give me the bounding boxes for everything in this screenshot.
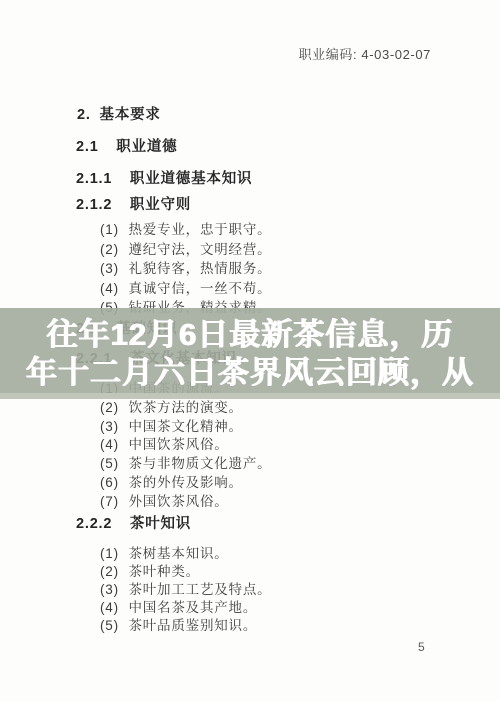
rules-list: (1) 热爱专业，忠于职守。 (2) 遵纪守法，文明经营。 (3) 礼貌待客，热… [100, 220, 271, 318]
document-page: 职业编码: 4-03-02-07 2. 基本要求 2.1 职业道德 2.1.1 … [0, 0, 500, 701]
job-code-label: 职业编码: 4-03-02-07 [0, 44, 431, 63]
list-item: (5) 茶与非物质文化遗产。 [100, 455, 271, 474]
promo-overlay-banner: 往年12月6日最新茶信息，历 年十二月六日茶界风云回顾，从 [0, 308, 500, 399]
list-item: (2) 饮茶方法的演变。 [100, 399, 271, 418]
overlay-title-line1: 往年12月6日最新茶信息，历 [47, 316, 454, 354]
list-item: (6) 茶的外传及影响。 [100, 474, 271, 493]
tea-knowledge-list: (1) 茶树基本知识。 (2) 茶叶种类。 (3) 茶叶加工工艺及特点。 (4)… [100, 545, 271, 635]
list-item: (5) 茶叶品质鉴别知识。 [100, 617, 271, 635]
list-item: (4) 中国饮茶风俗。 [100, 436, 271, 455]
heading-professional-rules: 2.1.2 职业守则 [76, 193, 191, 214]
heading-tea-leaf-knowledge: 2.2.2 茶叶知识 [76, 512, 191, 533]
list-item: (2) 遵纪守法，文明经营。 [100, 240, 271, 260]
tea-culture-list: (1) 中国茶的源流。 (2) 饮茶方法的演变。 (3) 中国茶文化精神。 (4… [100, 380, 271, 512]
list-item: (3) 礼貌待客，热情服务。 [100, 259, 271, 279]
list-item: (4) 中国名茶及其产地。 [100, 599, 271, 617]
heading-basic-requirements: 2. 基本要求 [77, 103, 161, 124]
list-item: (1) 茶树基本知识。 [100, 545, 271, 563]
page-number: 5 [418, 640, 425, 654]
list-item: (1) 热爱专业，忠于职守。 [100, 220, 271, 240]
list-item: (2) 茶叶种类。 [100, 563, 271, 581]
list-item: (7) 外国饮茶风俗。 [100, 493, 271, 512]
overlay-title-line2: 年十二月六日茶界风云回顾，从 [26, 354, 474, 392]
heading-ethics-basic-knowledge: 2.1.1 职业道德基本知识 [76, 167, 252, 188]
list-item: (3) 茶叶加工工艺及特点。 [100, 581, 271, 599]
list-item: (3) 中国茶文化精神。 [100, 418, 271, 437]
heading-professional-ethics: 2.1 职业道德 [76, 135, 177, 156]
list-item: (4) 真诚守信，一丝不苟。 [100, 279, 271, 299]
